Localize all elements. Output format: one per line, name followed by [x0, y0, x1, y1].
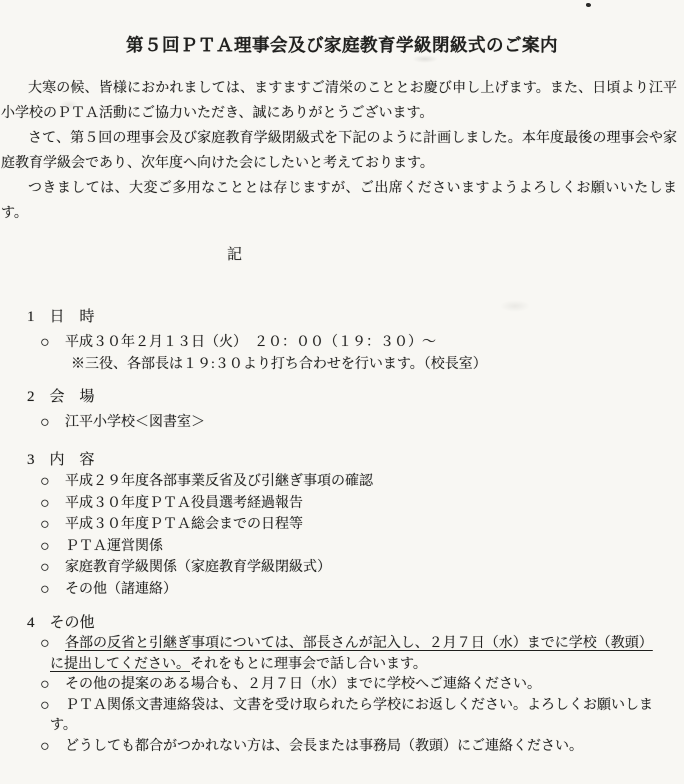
section-venue: 2 会 場 ○ 江平小学校＜図書室＞ [0, 386, 676, 434]
list-item-text: 平成３０年度ＰＴＡ総会までの日程等 [65, 517, 303, 532]
scan-speck-icon [586, 3, 591, 7]
circle-bullet-icon: ○ [40, 471, 50, 493]
intro-paragraph: さて、第５回の理事会及び家庭教育学級閉級式を下記のように計画しました。本年度最後… [1, 126, 677, 176]
list-item-text: 江平小学校＜図書室＞ [65, 415, 205, 430]
record-marker: 記 [227, 245, 244, 265]
circle-bullet-icon: ○ [40, 737, 50, 758]
list-item: ○ ＰＴＡ運営関係 [0, 536, 676, 558]
list-item: ○ どうしても都合がつかれない方は、会長または事務局（教頭）にご連絡ください。 [0, 737, 660, 758]
list-item: ○ 平成３０年度ＰＴＡ総会までの日程等 [0, 514, 676, 536]
circle-bullet-icon: ○ [40, 514, 50, 536]
section-heading: 1 日 時 [27, 306, 676, 328]
list-item-text: その他（諸連絡） [65, 582, 177, 597]
section-agenda: 3 内 容 ○ 平成２９年度各部事業反省及び引継ぎ事項の確認 ○ 平成３０年度Ｐ… [0, 449, 676, 600]
list-item-text: 平成３０年２月１３日（火） ２０：００（１９：３０）～ [65, 335, 436, 350]
circle-bullet-icon: ○ [40, 696, 50, 717]
section-heading: 2 会 場 [27, 386, 676, 408]
list-item-text: 各部の反省と引継ぎ事項については、部長さんが記入し、２月７日（水）までに学校（教… [50, 634, 660, 675]
section-datetime: 1 日 時 ○ 平成３０年２月１３日（火） ２０：００（１９：３０）～ ※三役、… [0, 306, 676, 376]
list-item-text: どうしても都合がつかれない方は、会長または事務局（教頭）にご連絡ください。 [50, 737, 660, 758]
list-item: ○ 平成２９年度各部事業反省及び引継ぎ事項の確認 [0, 471, 676, 493]
circle-bullet-icon: ○ [40, 579, 50, 601]
list-item: ○ 家庭教育学級関係（家庭教育学級閉級式） [0, 557, 676, 579]
list-item: ○ ＰＴＡ関係文書連絡袋は、文書を受け取られたら学校にお返しください。よろしくお… [0, 696, 660, 737]
circle-bullet-icon: ○ [40, 536, 50, 558]
circle-bullet-icon: ○ [40, 675, 50, 696]
circle-bullet-icon: ○ [40, 493, 50, 515]
section-other: 4 その他 ○ 各部の反省と引継ぎ事項については、部長さんが記入し、２月７日（水… [0, 612, 676, 757]
circle-bullet-icon: ○ [40, 412, 50, 434]
list-item: ○ 平成３０年度ＰＴＡ役員選考経過報告 [0, 493, 676, 515]
list-item-text: 家庭教育学級関係（家庭教育学級閉級式） [65, 560, 331, 575]
scanned-document-page: 第５回ＰＴＡ理事会及び家庭教育学級閉級式のご案内 大寒の候、皆様におかれましては… [0, 0, 684, 784]
section-heading: 3 内 容 [27, 449, 676, 471]
circle-bullet-icon: ○ [40, 332, 50, 354]
note-line: ※三役、各部長は１９:３０より打ち合わせを行います。（校長室） [71, 354, 676, 376]
list-item-text: その他の提案のある場合も、２月７日（水）までに学校へご連絡ください。 [50, 675, 660, 696]
list-item-text: ＰＴＡ関係文書連絡袋は、文書を受け取られたら学校にお返しください。よろしくお願い… [50, 696, 660, 737]
list-item-text: ＰＴＡ運営関係 [65, 539, 163, 554]
circle-bullet-icon: ○ [40, 634, 50, 655]
intro-block: 大寒の候、皆様におかれましては、ますますご清栄のこととお慶び申し上げます。また、… [1, 76, 677, 226]
intro-paragraph: つきましては、大変ご多用なこととは存じますが、ご出席くださいますようよろしくお願… [1, 176, 677, 226]
document-title: 第５回ＰＴＡ理事会及び家庭教育学級閉級式のご案内 [0, 33, 684, 57]
circle-bullet-icon: ○ [40, 557, 50, 579]
list-item-text-tail: それをもとに理事会で話し合います。 [190, 657, 427, 672]
list-item: ○ 江平小学校＜図書室＞ [0, 412, 676, 434]
list-item: ○ 各部の反省と引継ぎ事項については、部長さんが記入し、２月７日（水）までに学校… [0, 634, 660, 675]
list-item: ○ その他の提案のある場合も、２月７日（水）までに学校へご連絡ください。 [0, 675, 660, 696]
section-heading: 4 その他 [27, 612, 676, 634]
list-item: ○ その他（諸連絡） [0, 579, 676, 601]
list-item: ○ 平成３０年２月１３日（火） ２０：００（１９：３０）～ [0, 332, 676, 354]
intro-paragraph: 大寒の候、皆様におかれましては、ますますご清栄のこととお慶び申し上げます。また、… [1, 76, 677, 126]
list-item-text: 平成２９年度各部事業反省及び引継ぎ事項の確認 [65, 474, 373, 489]
list-item-text: 平成３０年度ＰＴＡ役員選考経過報告 [65, 496, 303, 511]
